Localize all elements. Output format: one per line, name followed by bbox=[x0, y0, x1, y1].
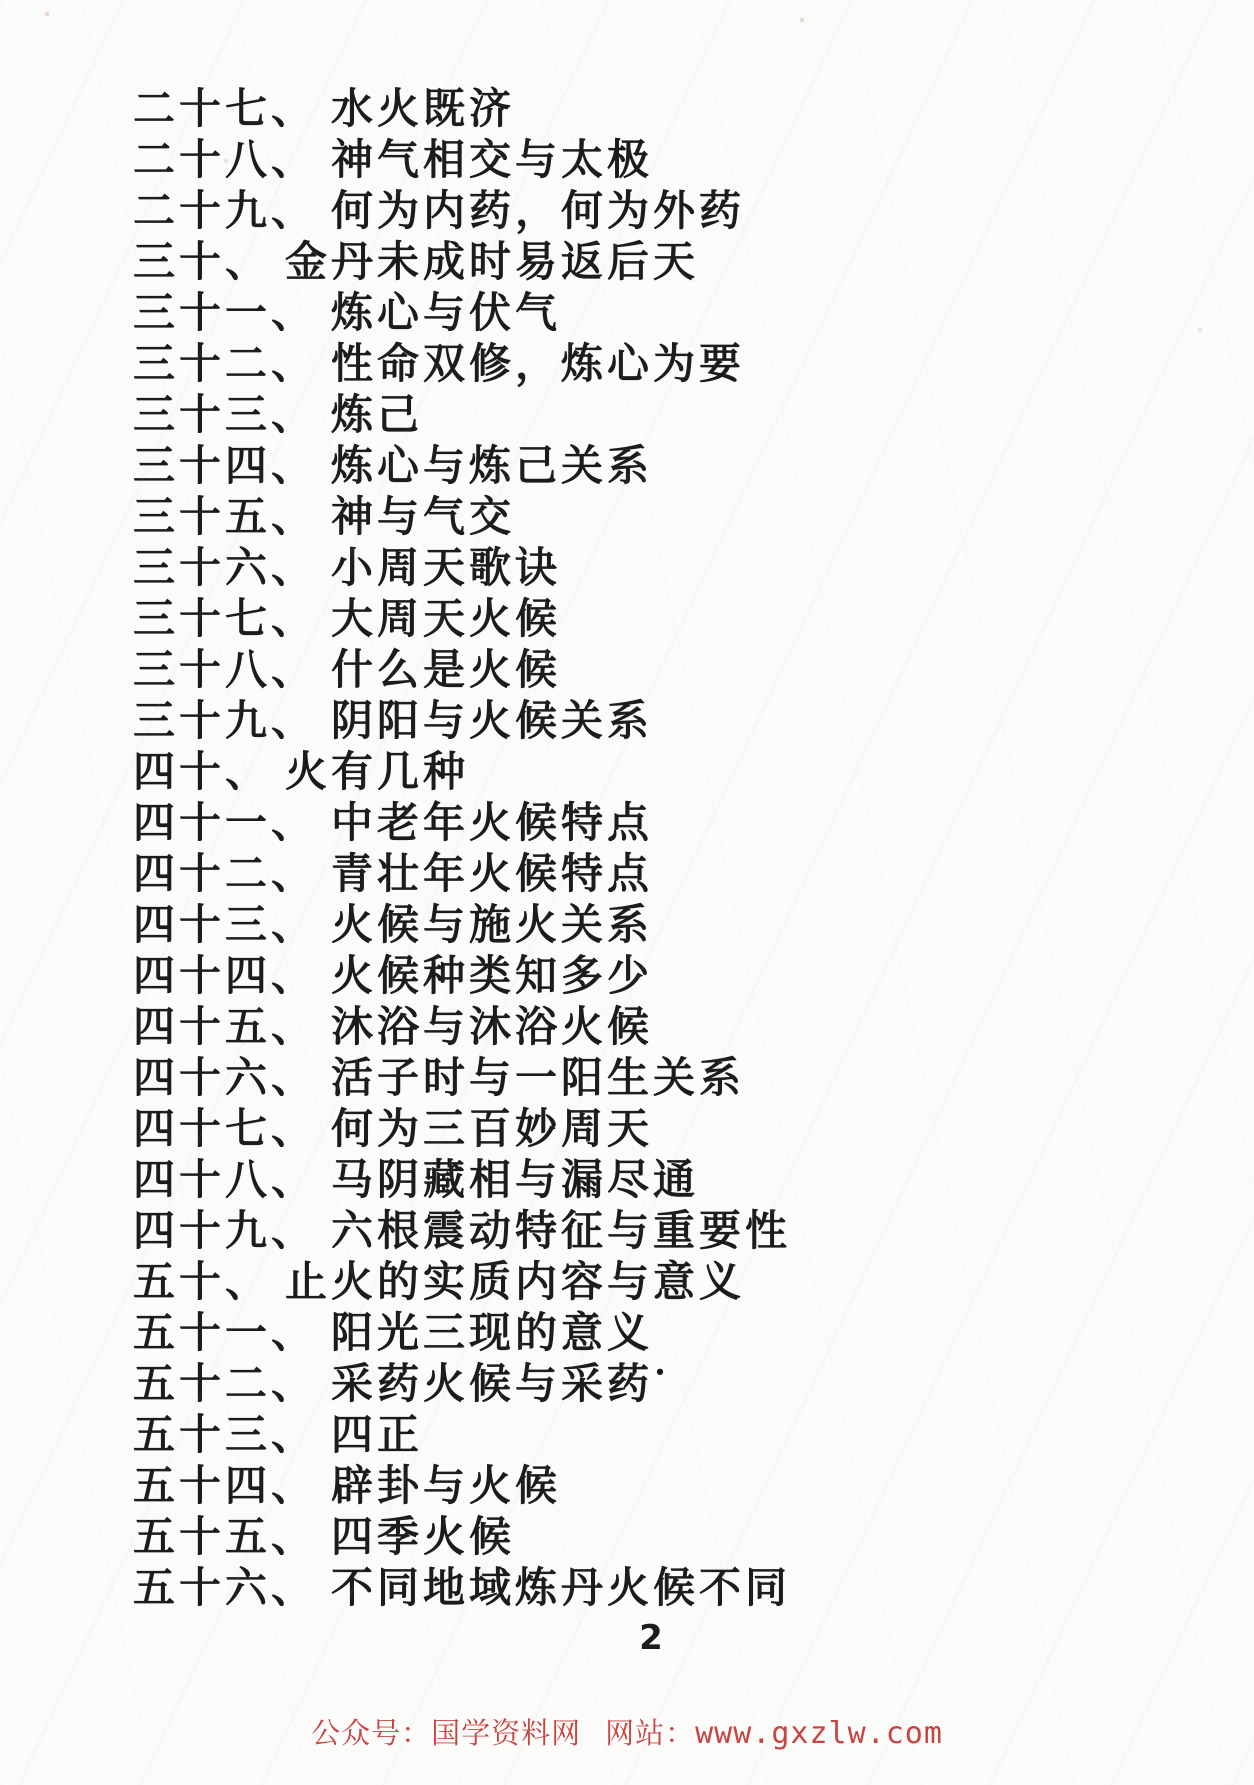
toc-item-number: 二十八、 bbox=[133, 138, 317, 184]
toc-item-title: 辟卦与火候 bbox=[331, 1464, 561, 1510]
toc-item-title: 炼己 bbox=[331, 393, 423, 439]
toc-item: 五十五、四季火候 bbox=[133, 1513, 791, 1564]
toc-item: 五十、止火的实质内容与意义 bbox=[133, 1258, 791, 1309]
toc-item-number: 五十三、 bbox=[133, 1413, 317, 1459]
toc-item-title: 四季火候 bbox=[331, 1515, 515, 1561]
toc-item-title: 神与气交 bbox=[331, 495, 515, 541]
toc-item-number: 二十九、 bbox=[133, 189, 317, 235]
toc-item-number: 三十一、 bbox=[133, 291, 317, 337]
toc-item-number: 三十二、 bbox=[133, 342, 317, 388]
toc-item-number: 三十四、 bbox=[133, 444, 317, 490]
toc-item-number: 五十五、 bbox=[133, 1515, 317, 1561]
toc-item-number: 四十一、 bbox=[133, 801, 317, 847]
toc-item-title: 马阴藏相与漏尽通 bbox=[331, 1158, 699, 1204]
toc-item-number: 四十、 bbox=[133, 750, 271, 796]
toc-item-number: 三十九、 bbox=[133, 699, 317, 745]
toc-item-number: 五十、 bbox=[133, 1260, 271, 1306]
toc-item: 三十二、性命双修，炼心为要 bbox=[133, 340, 791, 391]
toc-item-title: 金丹未成时易返后天 bbox=[285, 240, 699, 286]
toc-item: 二十九、何为内药，何为外药 bbox=[133, 187, 791, 238]
toc-item-number: 三十七、 bbox=[133, 597, 317, 643]
toc-item-number: 五十二、 bbox=[133, 1362, 317, 1408]
toc-item-number: 三十、 bbox=[133, 240, 271, 286]
toc-item: 三十九、阴阳与火候关系 bbox=[133, 697, 791, 748]
toc-item-title: 何为三百妙周天 bbox=[331, 1107, 653, 1153]
toc-item-title: 神气相交与太极 bbox=[331, 138, 653, 184]
toc-item: 四十一、中老年火候特点 bbox=[133, 799, 791, 850]
toc-item-number: 四十九、 bbox=[133, 1209, 317, 1255]
toc-item: 三十八、什么是火候 bbox=[133, 646, 791, 697]
toc-item-number: 三十六、 bbox=[133, 546, 317, 592]
toc-item-number: 四十七、 bbox=[133, 1107, 317, 1153]
toc-item: 五十四、辟卦与火候 bbox=[133, 1462, 791, 1513]
footer: 公众号：国学资料网网站：www.gxzlw.com bbox=[0, 1712, 1254, 1756]
toc-item-number: 五十一、 bbox=[133, 1311, 317, 1357]
toc-item: 五十二、采药火候与采药˙ bbox=[133, 1360, 791, 1411]
page-number: 2 bbox=[24, 1618, 1254, 1658]
toc-item: 二十八、神气相交与太极 bbox=[133, 136, 791, 187]
toc-item-title: 阳光三现的意义 bbox=[331, 1311, 653, 1357]
toc-item-number: 三十五、 bbox=[133, 495, 317, 541]
toc-item-title: 活子时与一阳生关系 bbox=[331, 1056, 745, 1102]
toc-item-title: 六根震动特征与重要性 bbox=[331, 1209, 791, 1255]
footer-site-url: www.gxzlw.com bbox=[695, 1716, 943, 1751]
toc-item-number: 三十八、 bbox=[133, 648, 317, 694]
toc-item-title: 小周天歌诀 bbox=[331, 546, 561, 592]
toc-item-title: 炼心与炼己关系 bbox=[331, 444, 653, 490]
toc-item: 四十九、六根震动特征与重要性 bbox=[133, 1207, 791, 1258]
toc-item: 四十六、活子时与一阳生关系 bbox=[133, 1054, 791, 1105]
toc-item: 四十七、何为三百妙周天 bbox=[133, 1105, 791, 1156]
toc-item-title: 沐浴与沐浴火候 bbox=[331, 1005, 653, 1051]
toc-item-title: 什么是火候 bbox=[331, 648, 561, 694]
toc-item-title: 阴阳与火候关系 bbox=[331, 699, 653, 745]
footer-account-label: 公众号：国学资料网 bbox=[311, 1718, 581, 1750]
toc-item-number: 四十二、 bbox=[133, 852, 317, 898]
toc-item-number: 五十四、 bbox=[133, 1464, 317, 1510]
toc-item-title: 不同地域炼丹火候不同 bbox=[331, 1566, 791, 1612]
toc-item: 五十三、四正 bbox=[133, 1411, 791, 1462]
toc-item-title: 中老年火候特点 bbox=[331, 801, 653, 847]
toc-item: 四十二、青壮年火候特点 bbox=[133, 850, 791, 901]
toc-item-title: 火候种类知多少 bbox=[331, 954, 653, 1000]
toc-item: 三十一、炼心与伏气 bbox=[133, 289, 791, 340]
toc-item-title: 火候与施火关系 bbox=[331, 903, 653, 949]
toc-item: 四十、火有几种 bbox=[133, 748, 791, 799]
toc-item: 四十五、沐浴与沐浴火候 bbox=[133, 1003, 791, 1054]
toc-item: 三十七、大周天火候 bbox=[133, 595, 791, 646]
toc-item-title: 水火既济 bbox=[331, 87, 515, 133]
toc-item-title: 大周天火候 bbox=[331, 597, 561, 643]
toc-item-title: 性命双修，炼心为要 bbox=[331, 342, 745, 388]
toc-item: 四十八、马阴藏相与漏尽通 bbox=[133, 1156, 791, 1207]
toc-item: 三十五、神与气交 bbox=[133, 493, 791, 544]
toc-item-title: 四正 bbox=[331, 1413, 423, 1459]
toc-item: 五十一、阳光三现的意义 bbox=[133, 1309, 791, 1360]
toc-item: 三十六、小周天歌诀 bbox=[133, 544, 791, 595]
toc-item-number: 四十五、 bbox=[133, 1005, 317, 1051]
toc-item-number: 四十六、 bbox=[133, 1056, 317, 1102]
toc-item: 三十、金丹未成时易返后天 bbox=[133, 238, 791, 289]
toc-item: 四十三、火候与施火关系 bbox=[133, 901, 791, 952]
toc-item-title: 火有几种 bbox=[285, 750, 469, 796]
toc-item-number: 二十七、 bbox=[133, 87, 317, 133]
toc-item-number: 四十八、 bbox=[133, 1158, 317, 1204]
toc-item: 三十三、炼己 bbox=[133, 391, 791, 442]
toc-item-title: 炼心与伏气 bbox=[331, 291, 561, 337]
toc-item: 三十四、炼心与炼己关系 bbox=[133, 442, 791, 493]
toc-item: 五十六、不同地域炼丹火候不同 bbox=[133, 1564, 791, 1615]
toc-item-number: 四十四、 bbox=[133, 954, 317, 1000]
toc-item-title: 青壮年火候特点 bbox=[331, 852, 653, 898]
footer-site-label: 网站： bbox=[605, 1718, 695, 1750]
toc-item-number: 三十三、 bbox=[133, 393, 317, 439]
toc-item: 四十四、火候种类知多少 bbox=[133, 952, 791, 1003]
toc-item-title: 止火的实质内容与意义 bbox=[285, 1260, 745, 1306]
toc-item-title: 何为内药，何为外药 bbox=[331, 189, 745, 235]
toc-item-title: 采药火候与采药˙ bbox=[331, 1362, 671, 1408]
toc-item-number: 五十六、 bbox=[133, 1566, 317, 1612]
toc-list: 二十七、水火既济 二十八、神气相交与太极 二十九、何为内药，何为外药 三十、金丹… bbox=[133, 85, 791, 1615]
toc-item-number: 四十三、 bbox=[133, 903, 317, 949]
toc-item: 二十七、水火既济 bbox=[133, 85, 791, 136]
